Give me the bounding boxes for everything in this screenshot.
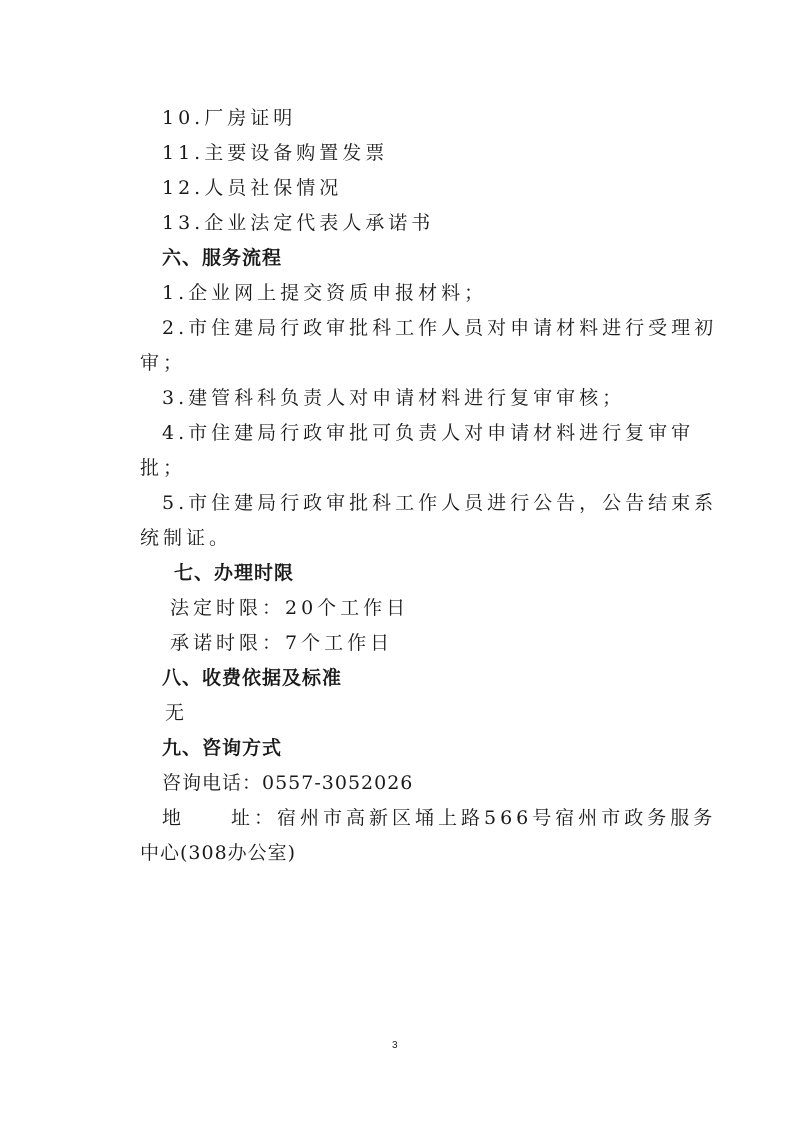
process-step-4: 4.市住建局行政审批可负责人对申请材料进行复审审 — [162, 421, 694, 445]
material-item-10: 10.厂房证明 — [162, 106, 296, 130]
legal-time-limit: 法定时限：20个工作日 — [170, 596, 409, 620]
promised-time-limit: 承诺时限：7个工作日 — [170, 631, 393, 655]
process-step-1: 1.企业网上提交资质申报材料； — [162, 281, 487, 305]
process-step-4-cont: 批； — [140, 456, 186, 480]
material-item-11: 11.主要设备购置发票 — [162, 141, 388, 165]
fees-content: 无 — [165, 701, 188, 725]
page-number: 3 — [392, 1040, 398, 1051]
material-item-13: 13.企业法定代表人承诺书 — [162, 211, 434, 235]
consultation-address-cont: 中心(308办公室) — [140, 841, 296, 865]
section-heading-time-limit: 七、办理时限 — [174, 561, 294, 585]
process-step-3: 3.建管科科负责人对申请材料进行复审审核； — [162, 386, 625, 410]
process-step-2: 2.市住建局行政审批科工作人员对申请材料进行受理初 — [162, 316, 717, 340]
consultation-address: 地 址：宿州市高新区埇上路566号宿州市政务服务 — [162, 806, 716, 830]
process-step-2-cont: 审； — [140, 351, 186, 375]
section-heading-fees: 八、收费依据及标准 — [162, 666, 342, 690]
section-heading-consultation: 九、咨询方式 — [162, 736, 282, 760]
material-item-12: 12.人员社保情况 — [162, 176, 342, 200]
process-step-5-cont: 统制证。 — [140, 526, 232, 550]
consultation-phone: 咨询电话：0557-3052026 — [162, 771, 413, 795]
process-step-5: 5.市住建局行政审批科工作人员进行公告，公告结束系 — [162, 491, 717, 515]
section-heading-service-process: 六、服务流程 — [162, 246, 282, 270]
